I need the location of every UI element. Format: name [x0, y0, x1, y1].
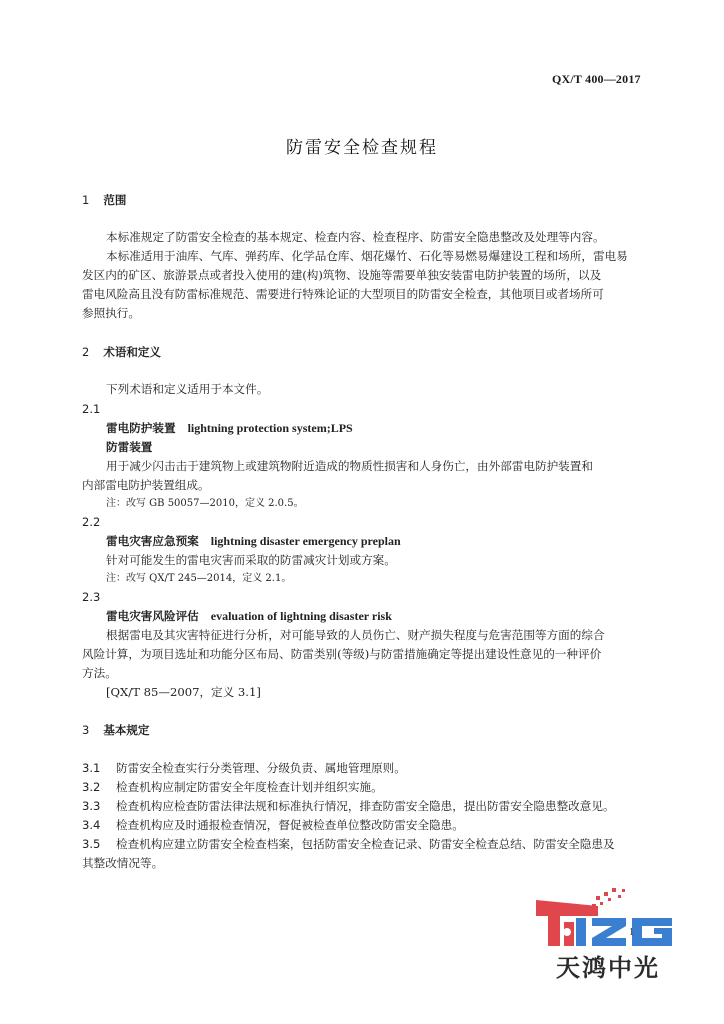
document-title: 防雷安全检查规程	[0, 133, 724, 158]
definition: 根据雷电及其灾害特征进行分析，对可能导致的人员伤亡、财产损失程度与危害范围等方面…	[106, 628, 605, 642]
clause-text: 检查机构应制定防雷安全年度检查计划并组织实施。	[116, 780, 383, 794]
term-en: lightning protection system;LPS	[188, 421, 353, 435]
term-number: 2.1	[82, 402, 100, 416]
paragraph: 参照执行。	[82, 306, 140, 320]
logo-text: 天鸿中光	[538, 948, 678, 983]
clause-text: 检查机构应建立防雷安全检查档案，包括防雷安全检查记录、防雷安全检查总结、防雷安全…	[116, 837, 615, 851]
section-title: 范围	[103, 193, 126, 207]
term-number: 2.3	[82, 590, 100, 604]
term-zh: 雷电灾害风险评估	[106, 609, 199, 623]
clause: 3.3检查机构应检查防雷法律法规和标准执行情况，排查防雷安全隐患，提出防雷安全隐…	[82, 799, 615, 813]
term-heading: 雷电防护装置lightning protection system;LPS	[106, 421, 353, 435]
paragraph: 雷电风险高且没有防雷标准规范、需要进行特殊论证的大型项目的防雷安全检查，其他项目…	[82, 287, 604, 301]
section-number: 2	[82, 345, 89, 359]
intro-text: 下列术语和定义适用于本文件。	[106, 382, 268, 396]
section-2-heading: 2术语和定义	[82, 345, 161, 359]
clause-number: 3.4	[82, 818, 116, 832]
section-3-heading: 3基本规定	[82, 723, 149, 737]
clause: 3.4检查机构应及时通报检查情况，督促被检查单位整改防雷安全隐患。	[82, 818, 464, 832]
term-synonym: 防雷装置	[106, 440, 152, 454]
clause: 3.2检查机构应制定防雷安全年度检查计划并组织实施。	[82, 780, 383, 794]
term-en: lightning disaster emergency preplan	[211, 534, 401, 548]
clause-text: 检查机构应及时通报检查情况，督促被检查单位整改防雷安全隐患。	[116, 818, 464, 832]
section-1-heading: 1范围	[82, 193, 126, 207]
paragraph: 本标准适用于油库、气库、弹药库、化学品仓库、烟花爆竹、石化等易燃易爆建设工程和场…	[106, 249, 628, 263]
clause-number: 3.2	[82, 780, 116, 794]
watermark-logo: 天鸿中光	[534, 886, 680, 978]
clause-number: 3.1	[82, 761, 116, 775]
section-title: 术语和定义	[103, 345, 161, 359]
definition: 风险计算，为项目选址和功能分区布局、防雷类别(等级)与防雷措施确定等提出建设性意…	[82, 647, 601, 661]
term-en: evaluation of lightning disaster risk	[211, 609, 392, 623]
clause-text: 检查机构应检查防雷法律法规和标准执行情况，排查防雷安全隐患，提出防雷安全隐患整改…	[116, 799, 615, 813]
clause: 3.1防雷安全检查实行分类管理、分级负责、属地管理原则。	[82, 761, 406, 775]
definition: 方法。	[82, 666, 117, 680]
section-number: 3	[82, 723, 89, 737]
definition: 用于减少闪击击于建筑物上或建筑物附近造成的物质性损害和人身伤亡，由外部雷电防护装…	[106, 459, 593, 473]
paragraph: 发区内的矿区、旅游景点或者投入使用的建(构)筑物、设施等需要单独安装雷电防护装置…	[82, 268, 601, 282]
section-title: 基本规定	[103, 723, 149, 737]
definition: 针对可能发生的雷电灾害而采取的防雷减灾计划或方案。	[106, 553, 396, 567]
section-number: 1	[82, 193, 89, 207]
term-zh: 雷电灾害应急预案	[106, 534, 199, 548]
note: 注：改写 GB 50057—2010，定义 2.0.5。	[106, 497, 304, 511]
term-heading: 雷电灾害应急预案lightning disaster emergency pre…	[106, 534, 401, 548]
term-zh: 雷电防护装置	[106, 421, 176, 435]
term-number: 2.2	[82, 515, 100, 529]
note: 注：改写 QX/T 245—2014，定义 2.1。	[106, 572, 291, 586]
page-number: 1	[629, 927, 634, 938]
definition: 内部雷电防护装置组成。	[82, 478, 210, 492]
clause-number: 3.3	[82, 799, 116, 813]
source-reference: [QX/T 85—2007，定义 3.1]	[106, 685, 261, 699]
clause: 3.5检查机构应建立防雷安全检查档案，包括防雷安全检查记录、防雷安全检查总结、防…	[82, 837, 615, 851]
clause-number: 3.5	[82, 837, 116, 851]
clause-text: 防雷安全检查实行分类管理、分级负责、属地管理原则。	[116, 761, 406, 775]
standard-code: QX/T 400—2017	[552, 72, 641, 87]
clause-continuation: 其整改情况等。	[82, 856, 163, 870]
term-heading: 雷电灾害风险评估evaluation of lightning disaster…	[106, 609, 392, 623]
paragraph: 本标准规定了防雷安全检查的基本规定、检查内容、检查程序、防雷安全隐患整改及处理等…	[106, 230, 605, 244]
